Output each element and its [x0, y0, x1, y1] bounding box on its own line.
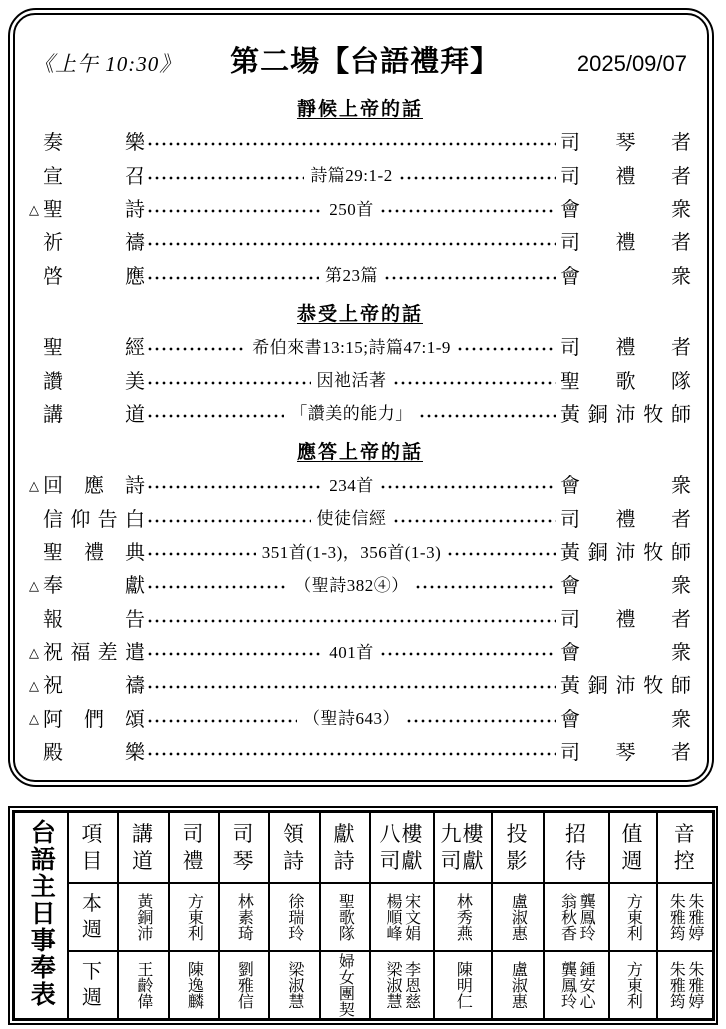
- row-center-text: 250首: [325, 201, 378, 220]
- roster-week-cell: 下週: [68, 951, 118, 1020]
- roster-corner-cell: 台語主日事奉表: [14, 812, 68, 1020]
- person-name: 朱雅筠: [668, 961, 684, 1009]
- roster-header-cell: 講道: [118, 812, 169, 884]
- row-item-label: 宣召: [43, 166, 145, 188]
- row-center-text: 希伯來書13:15;詩篇47:1-9: [248, 339, 455, 358]
- row-center-text: 401首: [325, 644, 378, 663]
- roster-name-cell: 宋文娟楊順峰: [370, 883, 434, 951]
- row-marker: △: [29, 579, 43, 593]
- row-role-label: 黃銅沛牧師: [560, 542, 691, 564]
- roster-name-group: 梁淑慧: [270, 952, 319, 1018]
- roster-header-cell: 司琴: [219, 812, 269, 884]
- row-marker: △: [29, 679, 43, 693]
- program-row: 祈禱司禮者: [29, 232, 691, 254]
- dot-leader: [147, 617, 556, 625]
- title-row: 《上午 10:30》 第二場【台語禮拜】 2025/09/07: [29, 39, 691, 80]
- roster-week-cell: 本週: [68, 883, 118, 951]
- roster-header-label: 獻詩: [321, 818, 369, 878]
- dot-leader: [415, 583, 556, 591]
- duty-roster-table: 台語主日事奉表項目講道司禮司琴領詩獻詩八樓司獻九樓司獻投影招待值週音控本週黃銅沛…: [12, 810, 715, 1021]
- row-role-label: 會衆: [560, 709, 691, 731]
- page-title: 第二場【台語禮拜】: [230, 39, 500, 80]
- dot-leader: [457, 345, 556, 353]
- roster-header-label: 項目: [69, 818, 117, 878]
- roster-header-label: 司琴: [220, 818, 268, 878]
- row-role-label: 黃銅沛牧師: [560, 675, 691, 697]
- roster-name-group: 宋文娟楊順峰: [371, 884, 433, 950]
- dot-leader: [147, 274, 319, 282]
- row-center-text: 因祂活著: [313, 372, 391, 391]
- dot-leader: [147, 207, 323, 215]
- row-item-label: 聖詩: [43, 199, 145, 221]
- row-role-label: 會衆: [560, 475, 691, 497]
- dot-leader: [147, 240, 556, 248]
- roster-header-label: 領詩: [270, 818, 319, 878]
- person-name: 李恩慈: [403, 961, 419, 1009]
- roster-header-label: 投影: [493, 818, 543, 878]
- dot-leader: [380, 483, 556, 491]
- roster-name-group: 徐瑞玲: [270, 884, 319, 950]
- roster-name-cell: 黃銅沛: [118, 883, 169, 951]
- dot-leader: [380, 207, 556, 215]
- row-item-label: 啓應: [43, 266, 145, 288]
- roster-name-cell: 梁淑慧: [269, 951, 320, 1020]
- row-role-label: 司琴者: [560, 132, 691, 154]
- row-item-label: 祝福差遣: [43, 642, 145, 664]
- program-row: 聖禮典351首(1-3)，356首(1-3)黃銅沛牧師: [29, 542, 691, 564]
- person-name: 婦女團契: [337, 953, 353, 1017]
- roster-name-group: 黃銅沛: [119, 884, 168, 950]
- person-name: 王齡偉: [135, 961, 151, 1009]
- dot-leader: [399, 174, 556, 182]
- roster-header-cell: 九樓司獻: [434, 812, 492, 884]
- dot-leader: [147, 412, 284, 420]
- roster-name-cell: 朱雅婷朱雅筠: [657, 883, 714, 951]
- roster-name-cell: 盧淑惠: [492, 951, 544, 1020]
- row-marker: △: [29, 712, 43, 726]
- roster-row: 下週王齡偉陳逸麟劉雅信梁淑慧婦女團契李恩慈梁淑慧陳明仁盧淑惠鍾安心龔鳳玲方東利朱…: [14, 951, 714, 1020]
- roster-header-cell: 獻詩: [320, 812, 370, 884]
- person-name: 梁淑慧: [286, 961, 302, 1009]
- roster-header-cell: 八樓司獻: [370, 812, 434, 884]
- roster-name-cell: 陳逸麟: [169, 951, 219, 1020]
- worship-order-list: 靜候上帝的話奏樂司琴者宣召詩篇29:1-2司禮者△聖詩250首會衆祈禱司禮者啓應…: [29, 94, 691, 764]
- roster-name-cell: 陳明仁: [434, 951, 492, 1020]
- roster-name-cell: 方東利: [169, 883, 219, 951]
- roster-title: 台語主日事奉表: [28, 819, 53, 1008]
- program-row: 信仰告白使徒信經司禮者: [29, 509, 691, 531]
- roster-name-group: 鍾安心龔鳳玲: [545, 952, 608, 1018]
- row-item-label: 讚美: [43, 371, 145, 393]
- row-item-label: 阿們頌: [43, 709, 145, 731]
- person-name: 龔鳳玲: [559, 961, 575, 1009]
- dot-leader: [147, 140, 556, 148]
- program-row: △奉獻（聖詩382④）會衆: [29, 575, 691, 597]
- row-marker: △: [29, 203, 43, 217]
- row-item-label: 聖禮典: [43, 542, 145, 564]
- program-row: △祝福差遣401首會衆: [29, 642, 691, 664]
- row-role-label: 黃銅沛牧師: [560, 404, 691, 426]
- row-center-text: （聖詩643）: [299, 710, 404, 729]
- row-item-label: 奏樂: [43, 132, 145, 154]
- program-row: △阿們頌（聖詩643）會衆: [29, 709, 691, 731]
- program-row: 奏樂司琴者: [29, 132, 691, 154]
- row-item-label: 講道: [43, 404, 145, 426]
- roster-name-cell: 聖歌隊: [320, 883, 370, 951]
- roster-name-cell: 婦女團契: [320, 951, 370, 1020]
- roster-header-label: 招待: [545, 818, 608, 878]
- worship-order-panel-inner: 《上午 10:30》 第二場【台語禮拜】 2025/09/07 靜候上帝的話奏樂…: [13, 13, 709, 782]
- row-center-text: （聖詩382④）: [290, 577, 413, 596]
- row-marker: △: [29, 646, 43, 660]
- roster-header-row: 台語主日事奉表項目講道司禮司琴領詩獻詩八樓司獻九樓司獻投影招待值週音控: [14, 812, 714, 884]
- roster-header-cell: 值週: [609, 812, 657, 884]
- roster-name-cell: 徐瑞玲: [269, 883, 320, 951]
- row-center-text: 234首: [325, 477, 378, 496]
- roster-name-group: 陳逸麟: [170, 952, 218, 1018]
- roster-header-cell: 司禮: [169, 812, 219, 884]
- person-name: 方東利: [625, 893, 641, 941]
- roster-row: 本週黃銅沛方東利林素琦徐瑞玲聖歌隊宋文娟楊順峰林秀燕盧淑惠龔鳳玲翁秋香方東利朱雅…: [14, 883, 714, 951]
- dot-leader: [147, 483, 323, 491]
- dot-leader: [147, 174, 304, 182]
- service-date: 2025/09/07: [577, 51, 687, 77]
- roster-header-cell: 投影: [492, 812, 544, 884]
- person-name: 方東利: [625, 961, 641, 1009]
- section-heading: 恭受上帝的話: [29, 299, 691, 326]
- dot-leader: [147, 583, 288, 591]
- person-name: 方東利: [186, 893, 202, 941]
- roster-header-label: 講道: [119, 818, 168, 878]
- bulletin-page: { "header": { "time": "《上午 10:30》", "tit…: [0, 0, 726, 1029]
- dot-leader: [147, 650, 323, 658]
- person-name: 陳逸麟: [186, 961, 202, 1009]
- person-name: 劉雅信: [236, 961, 252, 1009]
- row-item-label: 報告: [43, 609, 145, 631]
- row-role-label: 司禮者: [560, 509, 691, 531]
- row-center-text: 351首(1-3)，356首(1-3): [258, 544, 445, 563]
- service-time: 《上午 10:30》: [33, 48, 181, 78]
- person-name: 徐瑞玲: [286, 893, 302, 941]
- roster-name-cell: 李恩慈梁淑慧: [370, 951, 434, 1020]
- row-center-text: 使徒信經: [313, 510, 391, 529]
- program-row: 講道「讚美的能力」黃銅沛牧師: [29, 404, 691, 426]
- person-name: 陳明仁: [455, 961, 471, 1009]
- program-row: 聖經希伯來書13:15;詩篇47:1-9司禮者: [29, 337, 691, 359]
- roster-name-cell: 盧淑惠: [492, 883, 544, 951]
- roster-name-cell: 鍾安心龔鳳玲: [544, 951, 609, 1020]
- program-row: △回應詩234首會衆: [29, 475, 691, 497]
- row-role-label: 司禮者: [560, 609, 691, 631]
- person-name: 梁淑慧: [384, 961, 400, 1009]
- worship-order-panel: 《上午 10:30》 第二場【台語禮拜】 2025/09/07 靜候上帝的話奏樂…: [8, 8, 714, 787]
- dot-leader: [147, 717, 297, 725]
- roster-week-label: 下週: [69, 955, 117, 1015]
- roster-header-cell: 項目: [68, 812, 118, 884]
- dot-leader: [147, 345, 246, 353]
- roster-name-group: 方東利: [610, 884, 656, 950]
- row-role-label: 司琴者: [560, 742, 691, 764]
- dot-leader: [384, 274, 556, 282]
- roster-week-label: 本週: [69, 887, 117, 947]
- roster-name-group: 龔鳳玲翁秋香: [545, 884, 608, 950]
- roster-name-cell: 龔鳳玲翁秋香: [544, 883, 609, 951]
- row-role-label: 聖歌隊: [560, 371, 691, 393]
- roster-name-group: 盧淑惠: [493, 952, 543, 1018]
- roster-name-cell: 林素琦: [219, 883, 269, 951]
- dot-leader: [147, 683, 556, 691]
- roster-header-label: 音控: [658, 818, 713, 878]
- section-heading: 靜候上帝的話: [29, 94, 691, 121]
- person-name: 朱雅筠: [668, 893, 684, 941]
- row-item-label: 聖經: [43, 337, 145, 359]
- program-row: 啓應第23篇會衆: [29, 266, 691, 288]
- row-marker: △: [29, 479, 43, 493]
- row-item-label: 祝禱: [43, 675, 145, 697]
- row-role-label: 會衆: [560, 199, 691, 221]
- dot-leader: [419, 412, 556, 420]
- dot-leader: [380, 650, 556, 658]
- program-row: △聖詩250首會衆: [29, 199, 691, 221]
- person-name: 宋文娟: [403, 893, 419, 941]
- dot-leader: [393, 379, 557, 387]
- roster-name-cell: 朱雅婷朱雅筠: [657, 951, 714, 1020]
- row-role-label: 會衆: [560, 575, 691, 597]
- row-role-label: 會衆: [560, 266, 691, 288]
- row-center-text: 詩篇29:1-2: [306, 167, 396, 186]
- roster-header-cell: 音控: [657, 812, 714, 884]
- program-row: 報告司禮者: [29, 609, 691, 631]
- person-name: 朱雅婷: [686, 961, 702, 1009]
- roster-name-group: 朱雅婷朱雅筠: [658, 952, 713, 1018]
- person-name: 盧淑惠: [510, 893, 526, 941]
- person-name: 楊順峰: [384, 893, 400, 941]
- roster-name-group: 聖歌隊: [321, 884, 369, 950]
- dot-leader: [447, 550, 556, 558]
- roster-name-cell: 劉雅信: [219, 951, 269, 1020]
- roster-name-group: 朱雅婷朱雅筠: [658, 884, 713, 950]
- program-row: 宣召詩篇29:1-2司禮者: [29, 166, 691, 188]
- roster-name-group: 林素琦: [220, 884, 268, 950]
- row-role-label: 司禮者: [560, 166, 691, 188]
- roster-name-cell: 方東利: [609, 951, 657, 1020]
- program-row: 讚美因祂活著聖歌隊: [29, 371, 691, 393]
- roster-header-cell: 招待: [544, 812, 609, 884]
- program-row: 殿樂司琴者: [29, 742, 691, 764]
- roster-name-group: 方東利: [610, 952, 656, 1018]
- dot-leader: [147, 750, 556, 758]
- program-row: △祝禱黃銅沛牧師: [29, 675, 691, 697]
- person-name: 黃銅沛: [135, 893, 151, 941]
- dot-leader: [393, 517, 557, 525]
- person-name: 聖歌隊: [337, 893, 353, 941]
- row-item-label: 殿樂: [43, 742, 145, 764]
- roster-name-group: 陳明仁: [435, 952, 491, 1018]
- row-role-label: 會衆: [560, 642, 691, 664]
- roster-header-label: 八樓司獻: [371, 818, 433, 878]
- person-name: 龔鳳玲: [578, 893, 594, 941]
- roster-name-group: 方東利: [170, 884, 218, 950]
- row-item-label: 祈禱: [43, 232, 145, 254]
- row-role-label: 司禮者: [560, 232, 691, 254]
- dot-leader: [406, 717, 556, 725]
- roster-name-group: 王齡偉: [119, 952, 168, 1018]
- roster-name-cell: 方東利: [609, 883, 657, 951]
- row-role-label: 司禮者: [560, 337, 691, 359]
- row-item-label: 回應詩: [43, 475, 145, 497]
- roster-header-cell: 領詩: [269, 812, 320, 884]
- roster-name-group: 李恩慈梁淑慧: [371, 952, 433, 1018]
- roster-header-label: 九樓司獻: [435, 818, 491, 878]
- row-item-label: 奉獻: [43, 575, 145, 597]
- roster-name-cell: 王齡偉: [118, 951, 169, 1020]
- dot-leader: [147, 517, 311, 525]
- roster-header-label: 值週: [610, 818, 656, 878]
- duty-roster: 台語主日事奉表項目講道司禮司琴領詩獻詩八樓司獻九樓司獻投影招待值週音控本週黃銅沛…: [8, 806, 718, 1025]
- row-item-label: 信仰告白: [43, 509, 145, 531]
- person-name: 朱雅婷: [686, 893, 702, 941]
- person-name: 盧淑惠: [510, 961, 526, 1009]
- person-name: 林秀燕: [455, 893, 471, 941]
- dot-leader: [147, 379, 311, 387]
- roster-name-group: 盧淑惠: [493, 884, 543, 950]
- person-name: 翁秋香: [559, 893, 575, 941]
- roster-name-group: 林秀燕: [435, 884, 491, 950]
- row-center-text: 第23篇: [321, 267, 382, 286]
- roster-header-label: 司禮: [170, 818, 218, 878]
- row-center-text: 「讚美的能力」: [286, 405, 417, 424]
- roster-name-group: 婦女團契: [321, 952, 369, 1018]
- roster-name-cell: 林秀燕: [434, 883, 492, 951]
- section-heading: 應答上帝的話: [29, 437, 691, 464]
- person-name: 林素琦: [236, 893, 252, 941]
- roster-name-group: 劉雅信: [220, 952, 268, 1018]
- person-name: 鍾安心: [578, 961, 594, 1009]
- dot-leader: [147, 550, 256, 558]
